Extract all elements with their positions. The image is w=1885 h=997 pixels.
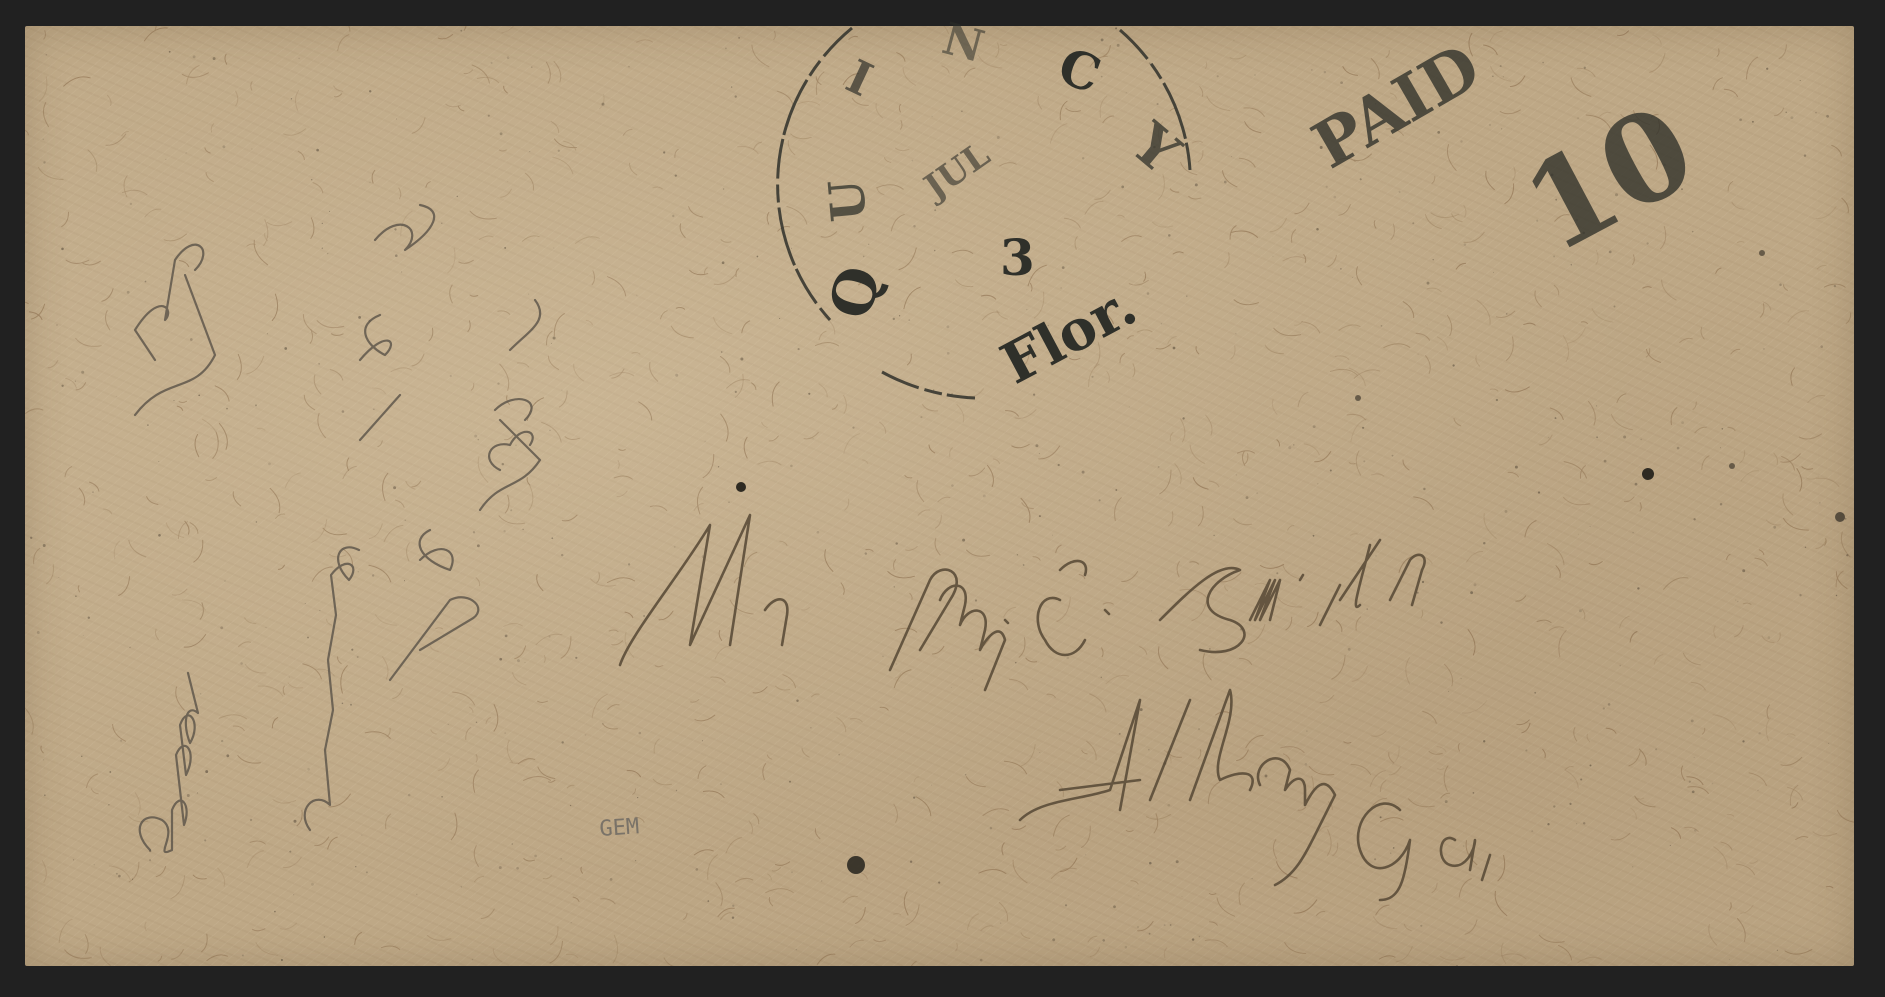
expert-mark-initials: GEM (599, 814, 640, 842)
postmark-letter-i: I (838, 49, 880, 107)
ink-spot (1642, 468, 1654, 480)
postmark-letter-n: N (937, 13, 989, 73)
ink-spot (847, 856, 865, 874)
postmark-letter-u: U (819, 177, 878, 224)
ink-spot (1835, 512, 1845, 522)
paid-handstamp: PAID 10 (1301, 30, 1717, 281)
docket-line-3-stroke (390, 300, 540, 680)
pencil-docketing (135, 205, 540, 852)
postmark-letter-c: C (1051, 36, 1109, 105)
address-line-2-stroke (1020, 690, 1335, 885)
docket-line-2-stroke (305, 205, 434, 830)
ink-spot (1759, 250, 1765, 256)
ink-address (620, 515, 1490, 900)
ink-spot (1355, 395, 1361, 401)
rate-value: 10 (1502, 78, 1716, 281)
postmark-state: Flor. (991, 272, 1148, 397)
docket-line-1-stroke (135, 245, 215, 852)
ink-spots (736, 250, 1845, 874)
postmark-circular-datestamp: Q U I N C Y JUL 3 Flor. (778, 13, 1193, 398)
postmark-day: 3 (1000, 228, 1035, 287)
ink-spot (1729, 463, 1735, 469)
address-line-3-stroke (1358, 804, 1490, 900)
postmark-month: JUL (915, 135, 998, 209)
cover-markings: Q U I N C Y JUL 3 Flor. PAID 10 GEM (0, 0, 1885, 997)
address-line-1-stroke (620, 515, 1425, 690)
ink-spot (736, 482, 746, 492)
paid-text: PAID (1301, 30, 1493, 184)
